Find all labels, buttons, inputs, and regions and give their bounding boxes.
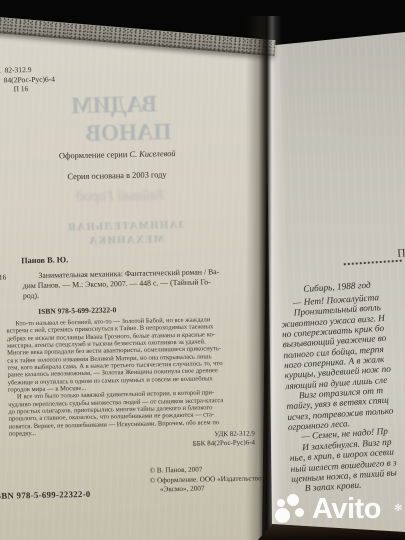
index-code: П 16: [0, 273, 6, 282]
author-heading: Панов В. Ю.: [21, 255, 68, 265]
bibliographic-entry: Занимательная механика: Фантастический р…: [22, 267, 219, 301]
isbn-bottom-line: SBN 978-5-699-22322-0: [0, 489, 91, 501]
right-page-content: П Сибирь, 1988 год — Нет! ПожалуйстаПрон…: [268, 224, 405, 518]
catalog-codes-top: УДК 82-312.9ББК 84(2Рос-Рус)6-4П 16: [0, 65, 55, 95]
catalog-codes-bottom: УДК 82-312.9ББК 84(2Рос-Рус)6-4: [179, 429, 255, 449]
dateline: Сибирь, 1988 год: [303, 281, 371, 295]
design-credit-prefix: Оформление серии: [59, 150, 130, 160]
text-line: ББК 84(2Рос-Рус)6-4: [179, 439, 255, 450]
avito-logo-dot-large: [275, 508, 290, 523]
showthrough-title-line1: ЗАНИМАТЕЛЬНАЯ: [50, 220, 200, 234]
book-gutter-shadow: [246, 16, 282, 540]
avito-logo-icon: [276, 491, 309, 527]
design-credit: Оформление серии С. Киселевой: [59, 149, 176, 160]
sparkle-icon: ✻: [394, 503, 402, 514]
isbn-line: ISBN 978-5-699-22322-0: [38, 305, 116, 316]
avito-wordmark: Avito: [312, 491, 381, 527]
annotation-paragraphs: Кто-то называл ее Богиней, кто-то — Золо…: [6, 315, 256, 438]
avito-logo-dot-small: [277, 499, 285, 507]
showthrough-series-script: Тайный Город: [46, 187, 196, 207]
book-spread-photo: { "left_page": { "catalog_top": ["УДК 82…: [0, 0, 405, 540]
showthrough-title-line2: МЕХАНИКА: [71, 234, 181, 247]
text-line: П 16: [13, 84, 55, 94]
avito-watermark: Avito: [276, 491, 381, 527]
dotted-rule-ornament: [343, 254, 401, 266]
showthrough-author-line1: ВАДИМ: [54, 91, 175, 120]
avito-logo-dot-medium: [287, 494, 299, 506]
design-credit-name: С. Киселевой: [129, 149, 175, 159]
showthrough-author-line2: ПАНОВ: [68, 119, 189, 148]
series-note: Серия основана в 2003 году: [67, 170, 166, 181]
avito-logo-dot-small2: [295, 508, 304, 517]
prologue-body: — Нет! ПожалуйстаПронзительный вопльживо…: [280, 293, 399, 496]
